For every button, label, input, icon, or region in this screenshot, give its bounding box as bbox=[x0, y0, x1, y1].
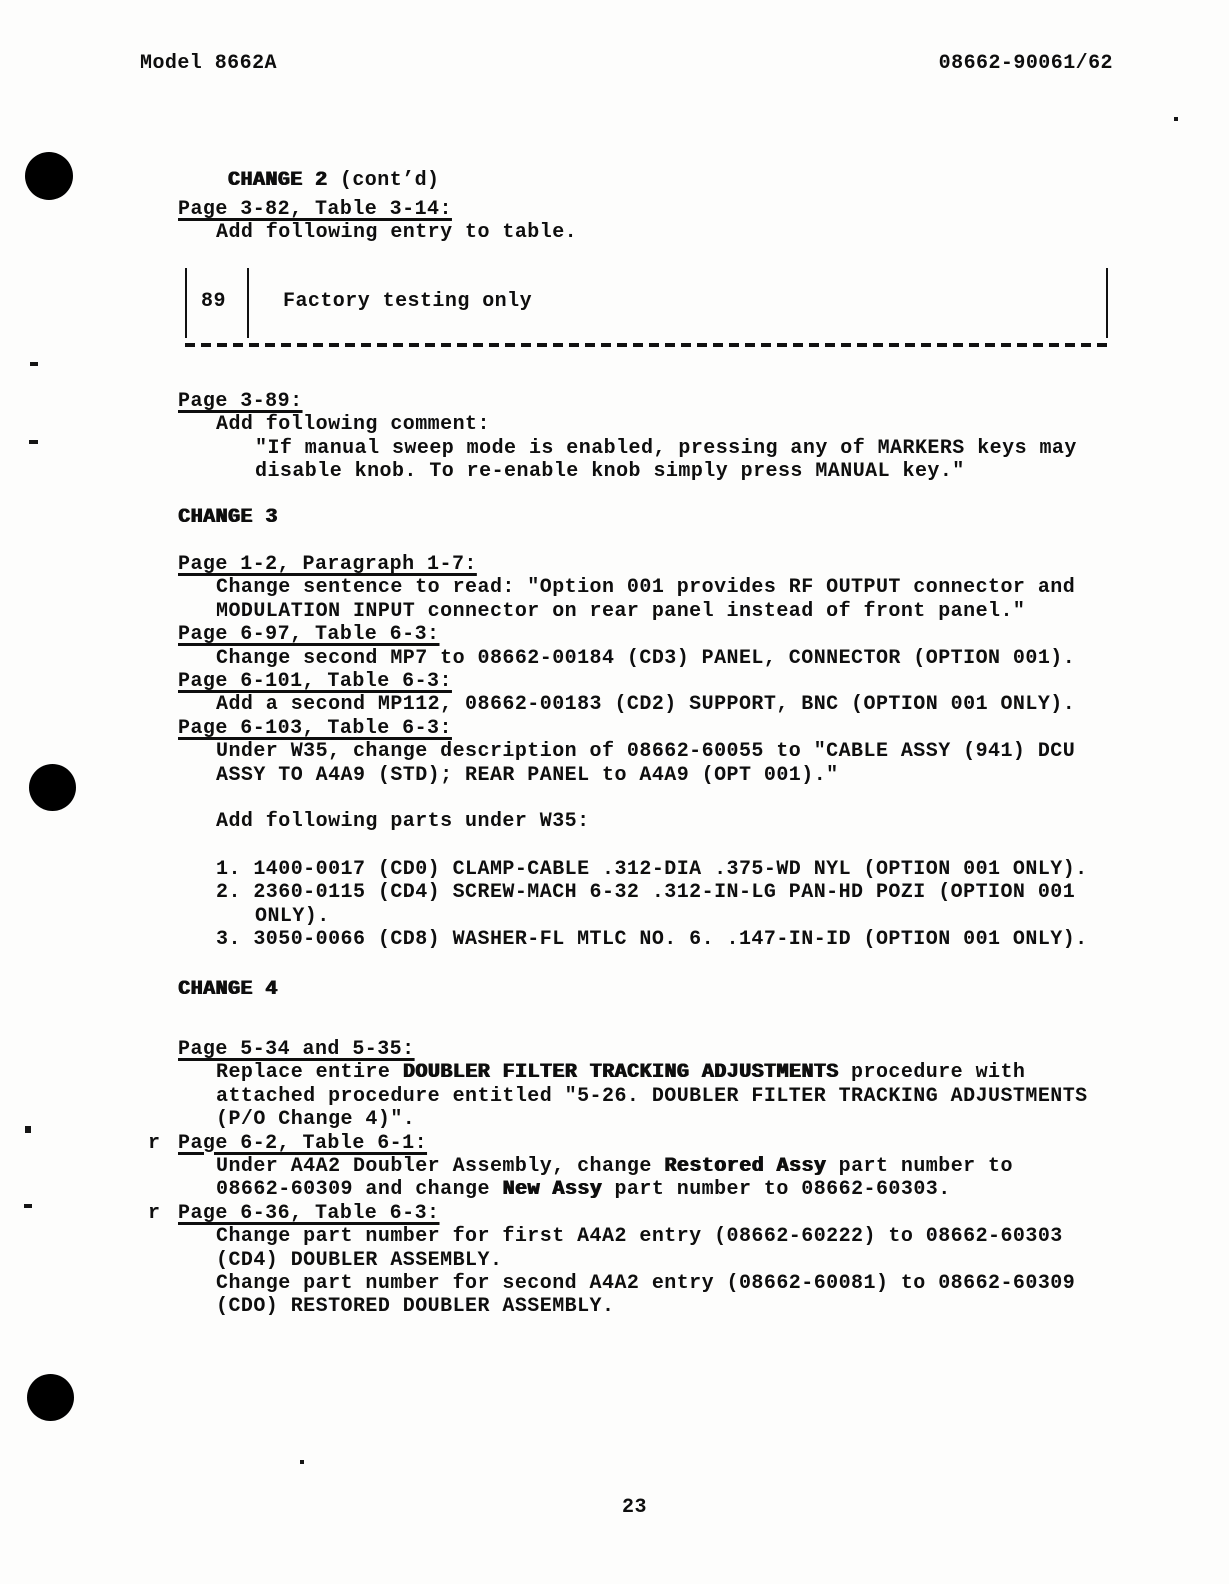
body-line: Add a second MP112, 08662-00183 (CD2) SU… bbox=[178, 693, 1075, 716]
parts-note: Add following parts under W35: bbox=[216, 810, 590, 833]
body-line: 08662-60309 and change New Assy part num… bbox=[178, 1178, 1088, 1201]
emphasis-text: Restored Assy bbox=[664, 1155, 826, 1178]
body-line: ASSY TO A4A9 (STD); REAR PANEL to A4A9 (… bbox=[178, 764, 1075, 787]
margin-mark bbox=[24, 1204, 32, 1208]
margin-mark bbox=[30, 362, 38, 366]
body-line: attached procedure entitled "5-26. DOUBL… bbox=[178, 1085, 1088, 1108]
body-line: Change part number for first A4A2 entry … bbox=[178, 1225, 1088, 1248]
page-ref: Page 1-2, Paragraph 1-7: bbox=[178, 553, 1075, 576]
revision-margin-mark: r bbox=[148, 1202, 160, 1225]
change2-title: CHANGE 2 bbox=[228, 169, 328, 192]
document-page: Model 8662A 08662-90061/62 CHANGE 2 (con… bbox=[0, 0, 1229, 1584]
body-line: (CDO) RESTORED DOUBLER ASSEMBLY. bbox=[178, 1295, 1088, 1318]
section-page-3-89: Page 3-89: Add following comment: "If ma… bbox=[178, 390, 1077, 484]
scan-speck bbox=[300, 1460, 304, 1464]
header-doc-number: 08662-90061/62 bbox=[939, 52, 1113, 75]
body-line: Under A4A2 Doubler Assembly, change Rest… bbox=[178, 1155, 1088, 1178]
parts-list: 1. 1400-0017 (CD0) CLAMP-CABLE .312-DIA … bbox=[216, 858, 1088, 952]
list-item: 3. 3050-0066 (CD8) WASHER-FL MTLC NO. 6.… bbox=[216, 928, 1088, 951]
punch-hole-top bbox=[25, 152, 73, 200]
table-cell-description: Factory testing only bbox=[283, 290, 532, 313]
change2-title-suffix: (cont’d) bbox=[327, 169, 439, 192]
page-ref: Page 6-101, Table 6-3: bbox=[178, 670, 1075, 693]
quote-line: disable knob. To re-enable knob simply p… bbox=[178, 460, 1077, 483]
emphasis-text: DOUBLER FILTER TRACKING ADJUSTMENTS bbox=[403, 1061, 839, 1084]
list-item-continuation: ONLY). bbox=[216, 905, 1088, 928]
page-ref: Page 6-97, Table 6-3: bbox=[178, 623, 1075, 646]
body-line: Under W35, change description of 08662-6… bbox=[178, 740, 1075, 763]
body-line: MODULATION INPUT connector on rear panel… bbox=[178, 600, 1075, 623]
revision-margin-mark: r bbox=[148, 1132, 160, 1155]
page-number: 23 bbox=[622, 1496, 647, 1519]
change4-body: Page 5-34 and 5-35: Replace entire DOUBL… bbox=[178, 1038, 1088, 1319]
body-line: Change sentence to read: "Option 001 pro… bbox=[178, 576, 1075, 599]
page-ref: rPage 6-2, Table 6-1: bbox=[178, 1132, 1088, 1155]
page-ref: Page 3-82, Table 3-14: bbox=[178, 198, 577, 221]
page-ref: Page 3-89: bbox=[178, 390, 1077, 413]
table-column-divider bbox=[247, 268, 249, 338]
table-cell-code: 89 bbox=[201, 290, 226, 313]
change3-body: Page 1-2, Paragraph 1-7: Change sentence… bbox=[178, 553, 1075, 787]
section-page-3-82: Page 3-82, Table 3-14: Add following ent… bbox=[178, 198, 577, 245]
body-line: Change part number for second A4A2 entry… bbox=[178, 1272, 1088, 1295]
page-ref: Page 6-103, Table 6-3: bbox=[178, 717, 1075, 740]
change4-heading: CHANGE 4 bbox=[178, 978, 278, 1001]
margin-mark bbox=[25, 1126, 31, 1133]
list-item: 1. 1400-0017 (CD0) CLAMP-CABLE .312-DIA … bbox=[216, 858, 1088, 881]
emphasis-text: New Assy bbox=[502, 1178, 602, 1201]
scan-speck bbox=[1174, 117, 1178, 121]
punch-hole-middle bbox=[29, 764, 76, 811]
body-line: (P/O Change 4)". bbox=[178, 1108, 1088, 1131]
quote-line: "If manual sweep mode is enabled, pressi… bbox=[178, 437, 1077, 460]
body-line: (CD4) DOUBLER ASSEMBLY. bbox=[178, 1249, 1088, 1272]
punch-hole-bottom bbox=[27, 1374, 74, 1421]
change3-heading: CHANGE 3 bbox=[178, 506, 278, 529]
body-line: Replace entire DOUBLER FILTER TRACKING A… bbox=[178, 1061, 1088, 1084]
body-line: Add following entry to table. bbox=[178, 221, 577, 244]
body-line: Add following comment: bbox=[178, 413, 1077, 436]
margin-mark bbox=[29, 440, 38, 444]
page-ref: rPage 6-36, Table 6-3: bbox=[178, 1202, 1088, 1225]
body-line: Change second MP7 to 08662-00184 (CD3) P… bbox=[178, 647, 1075, 670]
header-model: Model 8662A bbox=[140, 52, 277, 75]
table-entry: 89 Factory testing only bbox=[185, 268, 1108, 338]
dashed-rule bbox=[185, 343, 1107, 347]
list-item: 2. 2360-0115 (CD4) SCREW-MACH 6-32 .312-… bbox=[216, 881, 1088, 904]
page-ref: Page 5-34 and 5-35: bbox=[178, 1038, 1088, 1061]
